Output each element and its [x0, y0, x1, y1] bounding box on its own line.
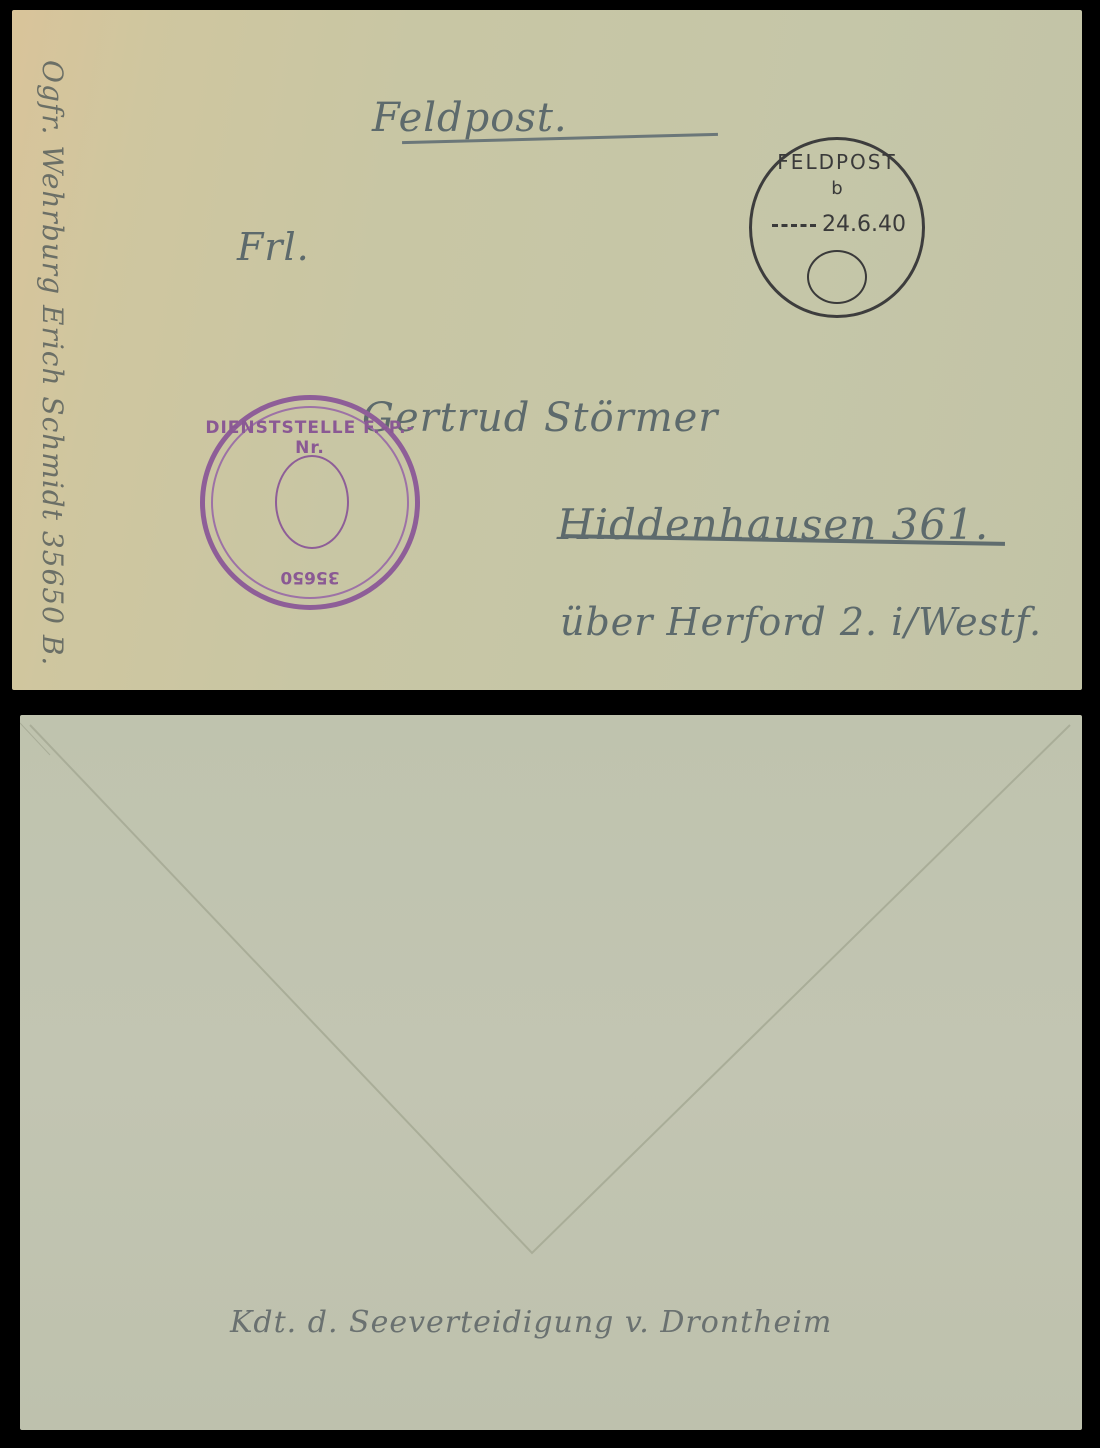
- postmark-title: FELDPOST: [752, 150, 922, 174]
- postmark-date: 24.6.40: [822, 212, 906, 237]
- salutation: Frl.: [237, 225, 310, 269]
- feldpost-postmark: FELDPOST b 24.6.40: [749, 137, 925, 318]
- unit-seal: DIENSTSTELLE F.-P.-Nr. 35650: [200, 395, 420, 610]
- feldpost-header: Feldpost.: [372, 95, 568, 141]
- postmark-dashes: [772, 224, 816, 227]
- seal-text: DIENSTSTELLE F.-P.-Nr.: [205, 418, 415, 458]
- sender-vertical-text: Ogfr. Wehrburg Erich Schmidt 35650 B.: [36, 60, 69, 666]
- eagle-emblem-icon: [807, 250, 867, 304]
- eagle-emblem-icon: [275, 455, 349, 549]
- address-line-2: über Herford 2. i/Westf.: [560, 600, 1042, 644]
- envelope-front: Feldpost. Frl. Gertrud Störmer Hiddenhau…: [12, 10, 1082, 690]
- postmark-letter: b: [752, 178, 922, 199]
- seal-number: 35650: [205, 567, 415, 587]
- back-note: Kdt. d. Seeverteidigung v. Drontheim: [230, 1305, 832, 1340]
- recipient-name: Gertrud Störmer: [362, 395, 718, 441]
